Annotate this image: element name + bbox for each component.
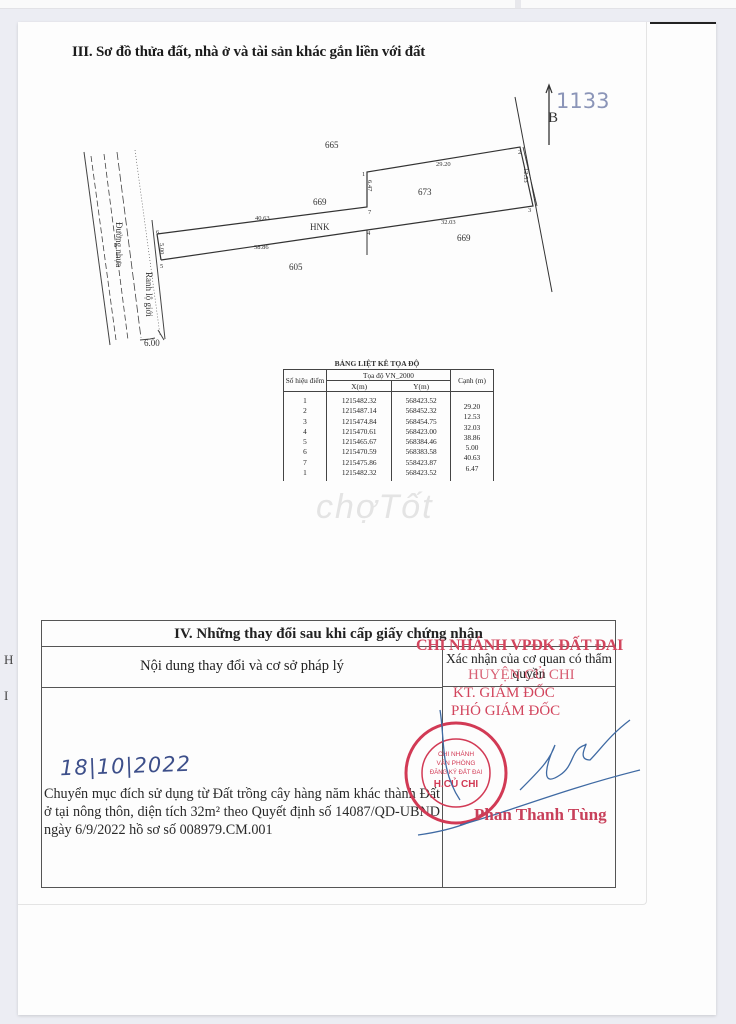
svg-text:H.CỦ CHI: H.CỦ CHI [434,777,479,790]
margin-mark-i: I [4,688,8,704]
signer-name: Phan Thanh Tùng [474,805,607,825]
svg-text:VĂN PHÒNG: VĂN PHÒNG [436,758,475,767]
seal-and-signature: CHI NHÁNH VĂN PHÒNG ĐĂNG KÝ ĐẤT ĐAI H.CỦ… [0,0,736,1024]
margin-mark-h: H [4,652,13,668]
svg-text:ĐĂNG KÝ ĐẤT ĐAI: ĐĂNG KÝ ĐẤT ĐAI [430,769,483,776]
